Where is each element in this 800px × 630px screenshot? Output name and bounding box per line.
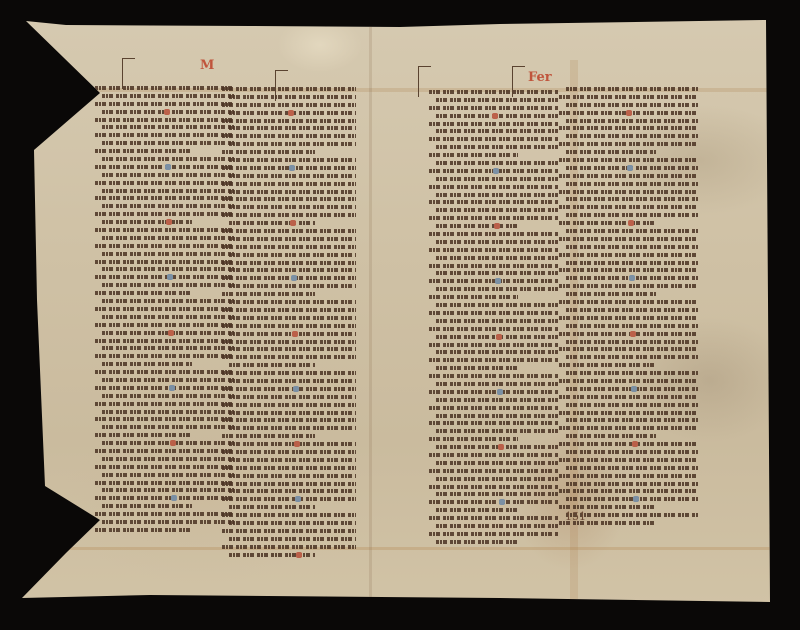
rubricated-initial	[496, 334, 502, 340]
script-line	[95, 258, 235, 266]
script-line	[219, 416, 356, 424]
script-line	[95, 352, 235, 360]
script-line	[95, 281, 235, 289]
script-line	[219, 464, 356, 472]
script-line	[557, 322, 699, 330]
script-line	[423, 530, 558, 538]
script-line	[219, 361, 315, 369]
script-line	[95, 179, 235, 187]
script-line	[95, 455, 235, 463]
script-line	[95, 84, 235, 92]
script-line	[95, 210, 235, 218]
rubricated-initial	[169, 385, 175, 391]
script-line	[423, 475, 558, 483]
script-line	[219, 124, 356, 132]
script-line	[423, 159, 558, 167]
script-line	[95, 360, 193, 368]
script-line	[95, 171, 235, 179]
script-line	[423, 325, 558, 333]
script-line	[219, 172, 356, 180]
script-line	[557, 314, 699, 322]
script-line	[423, 175, 558, 183]
script-line	[557, 480, 699, 488]
script-line	[557, 117, 699, 125]
rubricated-initial	[628, 220, 634, 226]
script-line	[95, 447, 235, 455]
script-line	[95, 297, 235, 305]
script-line	[219, 235, 356, 243]
script-line	[557, 243, 699, 251]
script-line	[219, 487, 356, 495]
script-line	[95, 423, 235, 431]
script-line	[95, 242, 235, 250]
script-line	[423, 88, 558, 96]
script-line	[219, 290, 315, 298]
script-line	[557, 195, 699, 203]
script-line	[95, 92, 235, 100]
script-line	[95, 384, 235, 392]
script-line	[557, 124, 699, 132]
script-line	[219, 345, 356, 353]
script-line	[557, 338, 699, 346]
script-line	[219, 306, 356, 314]
script-line	[95, 439, 235, 447]
script-line	[423, 112, 558, 120]
script-line	[557, 132, 699, 140]
script-line	[95, 337, 235, 345]
script-line	[423, 167, 558, 175]
script-line	[557, 156, 699, 164]
script-line	[557, 487, 699, 495]
script-line	[423, 498, 558, 506]
script-line	[557, 369, 699, 377]
script-line	[95, 321, 235, 329]
script-line	[219, 243, 356, 251]
script-line	[423, 356, 558, 364]
script-line	[423, 443, 558, 451]
script-line	[423, 269, 558, 277]
script-line	[95, 116, 235, 124]
script-line	[219, 480, 356, 488]
script-line	[219, 527, 356, 535]
script-line	[423, 214, 558, 222]
script-line	[219, 227, 356, 235]
script-line	[219, 369, 356, 377]
script-line	[219, 188, 356, 196]
script-line	[557, 495, 699, 503]
script-line	[423, 538, 518, 546]
script-line	[219, 409, 356, 417]
script-line	[219, 93, 356, 101]
script-line	[557, 393, 699, 401]
script-line	[557, 353, 699, 361]
script-line	[219, 432, 315, 440]
script-line	[95, 289, 193, 297]
script-line	[95, 234, 235, 242]
script-line	[423, 404, 558, 412]
script-line	[95, 486, 235, 494]
script-line	[219, 148, 315, 156]
script-line	[95, 313, 235, 321]
script-line	[219, 274, 356, 282]
rubricated-initial	[170, 440, 176, 446]
script-line	[95, 518, 235, 526]
script-line	[95, 494, 235, 502]
script-line	[219, 330, 356, 338]
script-line	[95, 273, 235, 281]
script-line	[423, 206, 558, 214]
script-line	[557, 85, 699, 93]
script-line	[95, 471, 235, 479]
script-line	[423, 191, 558, 199]
rubricated-initial	[630, 331, 636, 337]
rubricated-initial	[288, 110, 294, 116]
script-line	[219, 338, 356, 346]
script-line	[423, 96, 558, 104]
script-line	[219, 472, 356, 480]
script-line	[95, 265, 235, 273]
script-line	[219, 519, 356, 527]
script-line	[95, 431, 193, 439]
script-line	[95, 131, 235, 139]
script-line	[423, 372, 558, 380]
rubricated-initial	[497, 389, 503, 395]
script-line	[219, 109, 356, 117]
script-line	[219, 117, 356, 125]
script-line	[219, 282, 356, 290]
script-line	[95, 194, 235, 202]
script-line	[423, 262, 558, 270]
script-line	[423, 333, 558, 341]
text-column-1	[95, 84, 235, 534]
script-line	[95, 368, 235, 376]
script-line	[423, 120, 558, 128]
script-line	[557, 456, 699, 464]
script-line	[95, 376, 235, 384]
script-line	[557, 251, 699, 259]
script-line	[423, 230, 558, 238]
script-line	[423, 127, 558, 135]
script-line	[219, 85, 356, 93]
script-line	[423, 380, 558, 388]
script-line	[557, 172, 699, 180]
rubricated-initial	[293, 386, 299, 392]
script-line	[219, 203, 356, 211]
script-line	[95, 463, 235, 471]
script-line	[557, 290, 656, 298]
script-line	[219, 495, 356, 503]
script-line	[557, 464, 699, 472]
script-line	[557, 424, 699, 432]
text-column-2	[219, 85, 356, 558]
script-line	[423, 427, 558, 435]
script-line	[557, 409, 699, 417]
rubricated-initial	[492, 113, 498, 119]
rubricated-initial	[493, 168, 499, 174]
script-line	[219, 314, 356, 322]
script-line	[557, 211, 699, 219]
script-line	[557, 227, 699, 235]
script-line	[219, 393, 356, 401]
rubricated-initial	[498, 444, 504, 450]
script-line	[423, 309, 558, 317]
script-line	[557, 401, 699, 409]
rubricated-initial	[495, 278, 501, 284]
script-line	[423, 301, 558, 309]
script-line	[423, 490, 558, 498]
rubricated-initial	[166, 219, 172, 225]
rubricated-initial	[494, 223, 500, 229]
script-line	[423, 506, 518, 514]
script-line	[219, 440, 356, 448]
script-line	[95, 329, 235, 337]
script-line	[219, 298, 356, 306]
script-line	[423, 522, 558, 530]
rubricated-initial	[631, 386, 637, 392]
script-line	[219, 101, 356, 109]
rubricated-initial	[164, 109, 170, 115]
script-line	[219, 353, 356, 361]
script-line	[557, 472, 699, 480]
script-line	[95, 408, 235, 416]
rubricated-initial	[633, 496, 639, 502]
script-line	[219, 424, 356, 432]
rubric-heading-col1: M	[200, 58, 214, 73]
parchment-leaf: M Fer 151	[0, 0, 800, 630]
script-line	[219, 140, 356, 148]
script-line	[557, 440, 699, 448]
fold-line-bottom	[40, 547, 770, 550]
script-line	[95, 187, 235, 195]
script-line	[95, 163, 235, 171]
script-line	[95, 526, 193, 534]
manuscript-photo: M Fer 151	[0, 0, 800, 630]
rubricated-initial	[296, 552, 302, 558]
script-line	[95, 400, 235, 408]
script-line	[219, 535, 356, 543]
script-line	[557, 101, 699, 109]
script-line	[95, 510, 235, 518]
script-line	[557, 416, 699, 424]
script-line	[557, 164, 699, 172]
script-line	[423, 222, 518, 230]
script-line	[219, 322, 356, 330]
text-column-3	[423, 88, 558, 546]
script-line	[557, 93, 699, 101]
script-line	[423, 238, 558, 246]
script-line	[557, 219, 656, 227]
script-line	[423, 285, 558, 293]
script-line	[557, 148, 656, 156]
script-line	[95, 123, 235, 131]
script-line	[219, 543, 356, 551]
script-line	[95, 502, 193, 510]
script-line	[95, 479, 235, 487]
script-line	[423, 183, 558, 191]
script-line	[557, 274, 699, 282]
script-line	[557, 345, 699, 353]
script-line	[557, 188, 699, 196]
rubricated-initial	[289, 165, 295, 171]
script-line	[219, 401, 356, 409]
script-line	[557, 330, 699, 338]
rubricated-initial	[626, 110, 632, 116]
script-line	[219, 259, 356, 267]
script-line	[423, 135, 558, 143]
script-line	[557, 361, 656, 369]
rubricated-initial	[171, 495, 177, 501]
rubricated-initial	[629, 275, 635, 281]
script-line	[423, 104, 558, 112]
rubricated-initial	[168, 330, 174, 336]
script-line	[423, 419, 558, 427]
script-line	[219, 164, 356, 172]
rubric-heading-col4: Fer	[528, 70, 552, 85]
script-line	[423, 388, 558, 396]
script-line	[219, 211, 356, 219]
script-line	[95, 226, 235, 234]
rubricated-initial	[499, 499, 505, 505]
script-line	[557, 266, 699, 274]
script-line	[95, 202, 235, 210]
rubricated-initial	[294, 441, 300, 447]
script-line	[423, 348, 558, 356]
script-line	[95, 218, 193, 226]
script-line	[95, 155, 235, 163]
rubricated-initial	[632, 441, 638, 447]
rubricated-initial	[291, 275, 297, 281]
rubricated-initial	[290, 220, 296, 226]
script-line	[557, 109, 699, 117]
script-line	[557, 385, 699, 393]
script-line	[557, 235, 699, 243]
script-line	[219, 219, 315, 227]
script-line	[95, 392, 235, 400]
script-line	[423, 514, 558, 522]
script-line	[95, 415, 235, 423]
script-line	[95, 305, 235, 313]
script-line	[219, 132, 356, 140]
script-line	[557, 298, 699, 306]
script-line	[423, 277, 558, 285]
script-line	[219, 266, 356, 274]
script-line	[95, 344, 235, 352]
script-line	[95, 139, 235, 147]
script-line	[423, 198, 558, 206]
script-line	[219, 503, 315, 511]
script-line	[557, 448, 699, 456]
script-line	[557, 140, 699, 148]
text-column-4	[557, 85, 699, 527]
script-line	[219, 251, 356, 259]
script-line	[423, 483, 558, 491]
rubricated-initial	[295, 496, 301, 502]
script-line	[557, 259, 699, 267]
script-line	[95, 147, 193, 155]
marginal-numeral: 151	[565, 510, 586, 523]
script-line	[95, 250, 235, 258]
script-line	[423, 451, 558, 459]
script-line	[219, 385, 356, 393]
rubricated-initial	[167, 274, 173, 280]
script-line	[95, 108, 235, 116]
script-line	[557, 180, 699, 188]
script-line	[423, 364, 518, 372]
script-line	[423, 246, 558, 254]
script-line	[219, 377, 356, 385]
script-line	[95, 100, 235, 108]
fold-line-center	[369, 25, 372, 600]
script-line	[423, 151, 518, 159]
script-line	[219, 448, 356, 456]
script-line	[219, 551, 315, 559]
script-line	[423, 254, 558, 262]
rubricated-initial	[165, 164, 171, 170]
script-line	[423, 459, 558, 467]
script-line	[219, 180, 356, 188]
script-line	[557, 306, 699, 314]
script-line	[557, 377, 699, 385]
script-line	[423, 412, 558, 420]
script-line	[423, 317, 558, 325]
script-line	[219, 156, 356, 164]
script-line	[423, 341, 558, 349]
rubricated-initial	[627, 165, 633, 171]
script-line	[219, 456, 356, 464]
rubricated-initial	[292, 331, 298, 337]
script-line	[557, 282, 699, 290]
script-line	[423, 435, 518, 443]
script-line	[423, 467, 558, 475]
script-line	[423, 396, 558, 404]
script-line	[423, 143, 558, 151]
script-line	[557, 203, 699, 211]
script-line	[423, 293, 518, 301]
script-line	[219, 195, 356, 203]
script-line	[557, 432, 656, 440]
script-line	[219, 511, 356, 519]
